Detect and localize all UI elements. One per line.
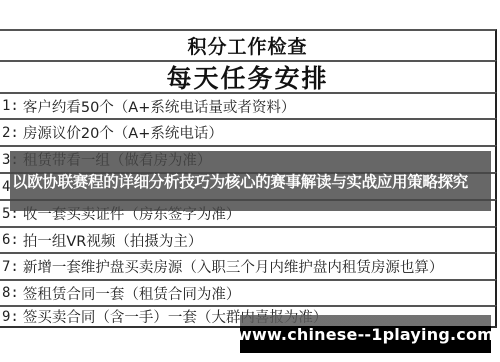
task-row: 6: 拍一组VR视频（拍摄为主） (0, 226, 497, 252)
task-row: 1: 客户约看50个（A+系统电话量或者资料） (0, 92, 497, 118)
sheet-title-row: 积分工作检查 (0, 29, 497, 60)
task-text: 签租赁合同一套（租赁合同为准） (23, 283, 241, 304)
task-number: 1: (2, 98, 19, 114)
task-text: 拍一组VR视频（拍摄为主） (23, 230, 203, 251)
task-row: 8: 签租赁合同一套（租赁合同为准） (0, 279, 497, 305)
task-row: 7: 新增一套维护盘买卖房源（入职三个月内维护盘内租赁房源也算） (0, 252, 497, 279)
sheet-title: 积分工作检查 (187, 32, 307, 59)
site-watermark: www.chinese--1playing.com (240, 315, 491, 353)
task-number: 8: (2, 285, 19, 301)
headline-banner: 以欧协联赛程的详细分析技巧为核心的赛事解读与实战应用策略探究 (10, 151, 491, 211)
task-text: 客户约看50个（A+系统电话量或者资料） (23, 96, 296, 117)
task-number: 9: (2, 309, 19, 325)
task-number: 2: (2, 125, 19, 141)
sheet-subtitle-row: 每天任务安排 (0, 60, 497, 92)
task-text: 房源议价20个（A+系统电话） (23, 122, 223, 143)
task-text: 新增一套维护盘买卖房源（入职三个月内维护盘内租赁房源也算） (23, 256, 444, 277)
task-row: 2: 房源议价20个（A+系统电话） (0, 118, 497, 145)
task-number: 7: (2, 259, 19, 275)
sheet-subtitle: 每天任务安排 (166, 59, 328, 95)
headline-text: 以欧协联赛程的详细分析技巧为核心的赛事解读与实战应用策略探究 (12, 170, 468, 192)
watermark-text: www.chinese--1playing.com (237, 325, 494, 344)
task-number: 6: (2, 232, 19, 248)
